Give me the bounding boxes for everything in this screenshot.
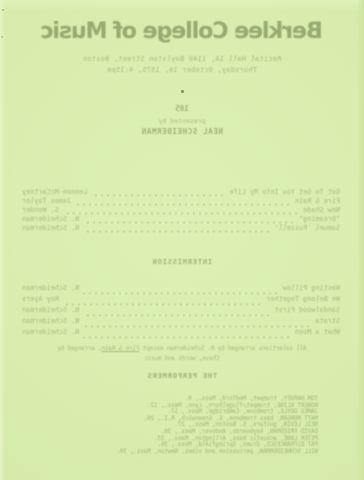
composer: N. Scheiderman <box>22 284 79 292</box>
performer-line: BILL SCHNEIDERMAN, percussion and vibes,… <box>117 449 318 456</box>
composer: N. Scheiderman <box>22 224 79 232</box>
dot-leader <box>63 210 299 215</box>
program-row: "Dreaming" N. Scheiderman <box>22 215 340 224</box>
dot-leader <box>83 312 270 317</box>
dot-leader <box>63 301 262 306</box>
dot-leader <box>75 201 291 206</box>
composer: S. Wonder <box>22 206 59 214</box>
dot-leader <box>91 192 225 197</box>
program-second-half: Wasting Pillow N. Scheiderman We Belong … <box>22 284 340 339</box>
arranger-note: All selections arranged by N. Scheiderma… <box>0 345 364 352</box>
composer: James Taylor <box>22 197 71 205</box>
date-line: Thursday, October 16, 1975, 4:15pm <box>0 65 364 75</box>
performers-list: TOM HARVEY, trumpet, Medford, Mass., 8. … <box>117 396 318 455</box>
song-title: Samuel 'Russell' <box>275 224 340 232</box>
composer: Lennon-McCartney <box>22 188 87 196</box>
college-logo: Berklee College of Music <box>0 19 364 44</box>
show-through-layer: Berklee College of Music Recital Hall 1A… <box>0 0 364 480</box>
song-title: Sandalwood First <box>275 306 340 314</box>
song-title: "Dreaming" <box>299 215 340 223</box>
arranger-note-prefix: All selections arranged by N. Scheiderma… <box>139 345 306 352</box>
song-title: Strata <box>315 317 340 325</box>
song-title: Fire & Rain <box>295 197 340 205</box>
arranger-note-suffix: , arranged by <box>57 345 101 352</box>
composer: N. Scheiderman <box>22 306 79 314</box>
dot-leader <box>83 228 270 233</box>
intermission-heading: INTERMISSION <box>0 258 364 266</box>
dot-leader <box>83 323 311 328</box>
program-row: Samuel 'Russell' N. Scheiderman <box>22 224 340 233</box>
program-first-half: Got To Get You Into My Life Lennon-McCar… <box>22 188 340 233</box>
song-title: What a Moon <box>295 328 340 336</box>
song-title: New Shade <box>303 206 340 214</box>
composer: N. Scheiderman <box>22 215 79 223</box>
arranger-note-line2: Chase, words and music <box>0 355 364 362</box>
program-row: Wasting Pillow N. Scheiderman <box>22 284 340 295</box>
program-row: Fire & Rain James Taylor <box>22 197 340 206</box>
song-title: Got To Get You Into My Life <box>230 188 341 196</box>
program-row: Got To Get You Into My Life Lennon-McCar… <box>22 188 340 197</box>
presented-by-label: presented by <box>0 117 364 125</box>
song-title: We Belong Together <box>266 295 340 303</box>
song-title: Wasting Pillow <box>283 284 340 292</box>
program-row: Sandalwood First N. Scheiderman <box>22 306 340 317</box>
composer: N. Scheiderman <box>22 328 79 336</box>
dot-leader <box>83 219 295 224</box>
program-page: Berklee College of Music Recital Hall 1A… <box>0 0 364 480</box>
arranger-note-underlined: Fire & Rain <box>102 345 140 352</box>
presenter-name: NEAL SCHEIDERMAN <box>0 127 364 136</box>
program-row: Strata N. Scheiderman <box>22 317 340 328</box>
composer: Roy Ayers <box>22 295 59 303</box>
composer: N. Scheiderman <box>22 317 79 325</box>
venue-line: Recital Hall 1A, 1140 Boylston Street, B… <box>0 54 364 64</box>
dot-leader <box>83 334 291 339</box>
program-row: What a Moon N. Scheiderman <box>22 328 340 339</box>
program-row: New Shade S. Wonder <box>22 206 340 215</box>
performers-heading: THE PERFORMERS <box>0 372 364 380</box>
dot-leader <box>83 290 278 295</box>
program-row: We Belong Together Roy Ayers <box>22 295 340 306</box>
recital-code: 105 <box>0 104 364 113</box>
